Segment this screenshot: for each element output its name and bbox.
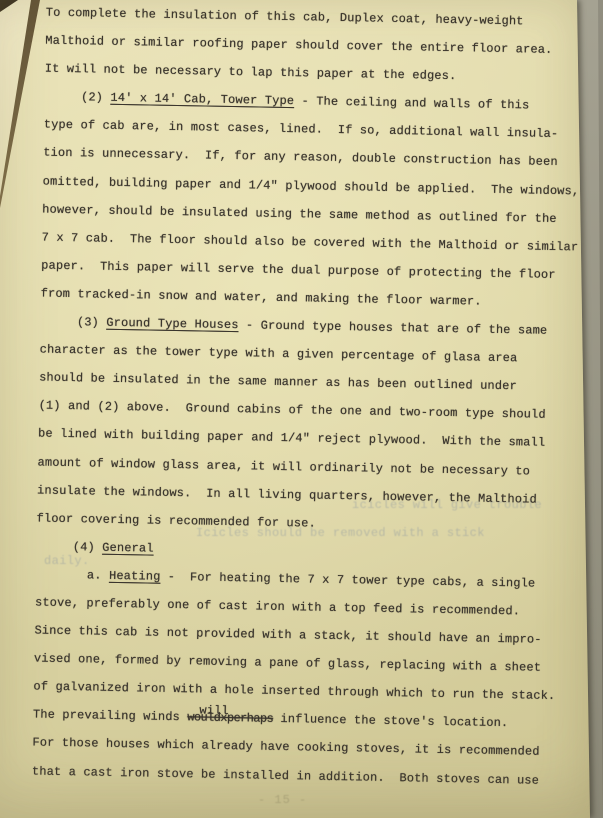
typed-correction-above: will xyxy=(199,697,229,726)
text-segment: tion is unnecessary. If, for any reason,… xyxy=(43,146,558,169)
text-segment: however, should be insulated using the s… xyxy=(42,202,557,225)
text-segment: Since this cab is not provided with a st… xyxy=(34,624,541,647)
underlined-heading: Heating xyxy=(109,569,161,584)
text-segment: 7 x 7 cab. The floor should also be cove… xyxy=(42,230,579,254)
text-segment: (1) and (2) above. Ground cabins of the … xyxy=(38,399,545,422)
struck-out-text: wouldxperhapswill xyxy=(187,711,273,727)
underlined-heading: 14' x 14' Cab, Tower Type xyxy=(110,91,294,108)
text-segment: influence the stove's location. xyxy=(273,712,508,730)
text-segment: of galvanized iron with a hole inserted … xyxy=(33,680,555,704)
text-segment: floor covering is recommended for use. xyxy=(36,511,316,530)
text-segment: - For heating the 7 x 7 tower type cabs,… xyxy=(160,570,535,591)
document-photo: { "page": { "paper_color": "#ddd6a6", "i… xyxy=(0,0,603,818)
text-segment: that a cast iron stove be installed in a… xyxy=(32,764,539,787)
text-segment: be lined with building paper and 1/4" re… xyxy=(38,427,545,450)
text-segment: vised one, formed by removing a pane of … xyxy=(34,652,541,675)
text-segment: Malthoid or similar roofing paper should… xyxy=(45,34,552,57)
page-number: - 15 - xyxy=(258,793,307,807)
text-segment: (4) xyxy=(36,539,102,554)
text-segment: To complete the insulation of this cab, … xyxy=(46,6,524,29)
text-segment: omitted, building paper and 1/4" plywood… xyxy=(43,174,580,198)
text-segment: should be insulated in the same manner a… xyxy=(39,371,517,394)
text-segment: type of cab are, in most cases, lined. I… xyxy=(44,118,559,141)
text-segment: stove, preferably one of cast iron with … xyxy=(35,595,520,618)
text-segment: It will not be necessary to lap this pap… xyxy=(45,62,457,84)
text-segment: insulate the windows. In all living quar… xyxy=(37,483,537,506)
text-segment: character as the tower type with a given… xyxy=(40,343,518,366)
text-segment: (3) xyxy=(40,315,106,330)
text-segment: For those houses which already have cook… xyxy=(32,736,539,759)
underlined-heading: Ground Type Houses xyxy=(106,316,239,332)
underlined-heading: General xyxy=(102,540,154,555)
text-segment: paper. This paper will serve the dual pu… xyxy=(41,258,556,281)
text-segment: from tracked-in snow and water, and maki… xyxy=(41,286,482,308)
text-segment: amount of window glass area, it will ord… xyxy=(37,455,530,478)
text-segment: (2) xyxy=(44,90,110,105)
text-segment: The prevailing winds xyxy=(33,708,188,725)
typewritten-page: daily.Icicles should be removed with a s… xyxy=(0,0,603,818)
text-segment: - Ground type houses that are of the sam… xyxy=(239,318,548,338)
page-wrap: daily.Icicles should be removed with a s… xyxy=(0,0,603,818)
text-block: To complete the insulation of this cab, … xyxy=(0,0,580,795)
text-segment: a. xyxy=(35,567,109,582)
text-segment: - The ceiling and walls of this xyxy=(294,94,529,112)
